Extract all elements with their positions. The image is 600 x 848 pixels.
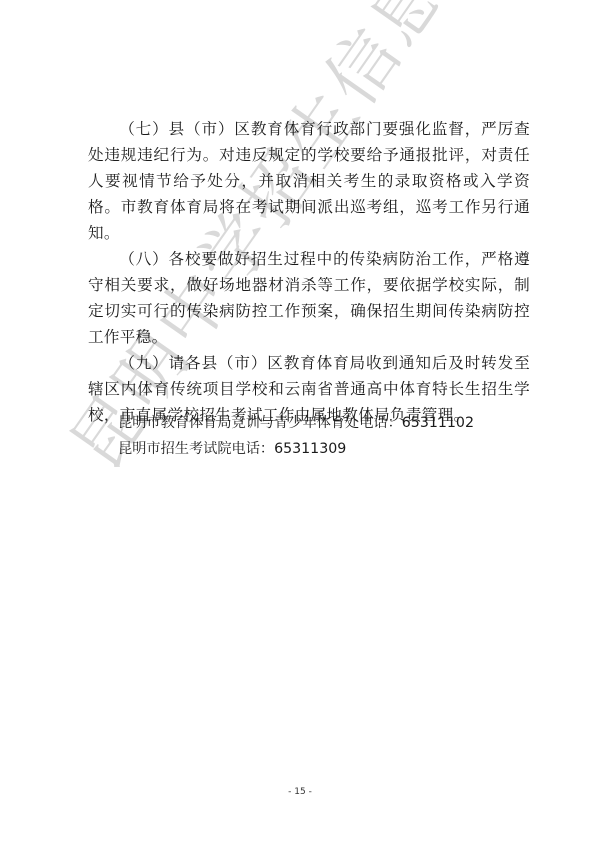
phone-number: 65311102	[402, 415, 474, 431]
contact-line-exam-institute: 昆明市招生考试院电话：65311309	[118, 436, 474, 462]
contact-line-sports-office: 昆明市教育体育局竞训与青少年体育处电话：65311102	[118, 410, 474, 436]
body-text: （七）县（市）区教育体育行政部门要强化监督，严厉查处违规违纪行为。对违反规定的学…	[88, 116, 530, 428]
contact-label: 昆明市招生考试院电话：	[118, 441, 274, 457]
contact-info: 昆明市教育体育局竞训与青少年体育处电话：65311102 昆明市招生考试院电话：…	[118, 410, 474, 462]
contact-label: 昆明市教育体育局竞训与青少年体育处电话：	[118, 415, 402, 431]
paragraph-seven: （七）县（市）区教育体育行政部门要强化监督，严厉查处违规违纪行为。对违反规定的学…	[88, 116, 530, 246]
page-number: - 15 -	[0, 787, 600, 797]
phone-number: 65311309	[274, 441, 346, 457]
document-page: 昆明中学招生信息 （七）县（市）区教育体育行政部门要强化监督，严厉查处违规违纪行…	[0, 0, 600, 848]
paragraph-eight: （八）各校要做好招生过程中的传染病防治工作，严格遵守相关要求，做好场地器材消杀等…	[88, 246, 530, 350]
